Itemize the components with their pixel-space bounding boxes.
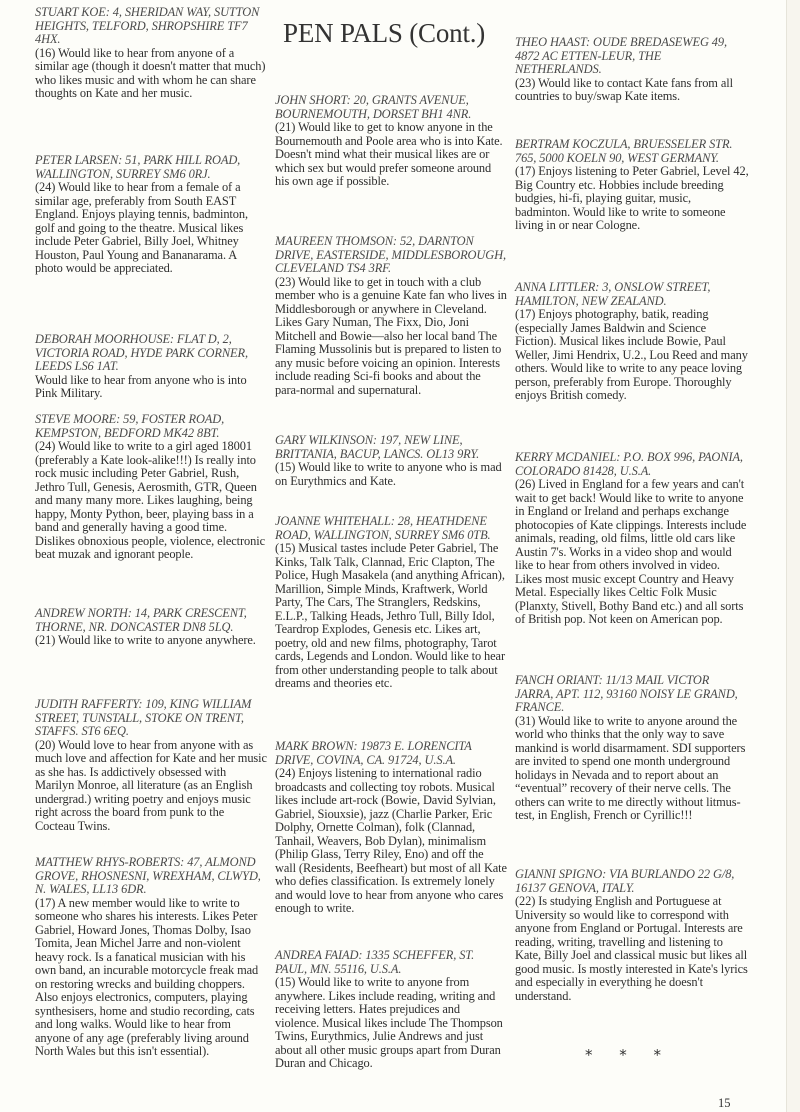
entry-description: (17) Enjoys listening to Peter Gabriel, … (515, 165, 749, 233)
pen-pal-entry: ANDREW NORTH: 14, PARK CRESCENT, THORNE,… (35, 607, 267, 648)
entry-description: (15) Would like to write to anyone from … (275, 976, 507, 1071)
entry-description: (24) Would like to write to a girl aged … (35, 440, 267, 562)
pen-pal-entry: MARK BROWN: 19873 E. LORENCITA DRIVE, CO… (275, 740, 507, 916)
entry-address: STUART KOE: 4, SHERIDAN WAY, SUTTON HEIG… (35, 6, 267, 47)
entry-address: GIANNI SPIGNO: VIA BURLANDO 22 G/8, 1613… (515, 868, 749, 895)
entry-description: (15) Would like to write to anyone who i… (275, 461, 507, 488)
entry-address: JOANNE WHITEHALL: 28, HEATHDENE ROAD, WA… (275, 515, 507, 542)
pen-pal-entry: STUART KOE: 4, SHERIDAN WAY, SUTTON HEIG… (35, 6, 267, 101)
pen-pal-entry: KERRY McDANIEL: P.O. BOX 996, PAONIA, CO… (515, 451, 749, 627)
entry-description: (16) Would like to hear from anyone of a… (35, 47, 267, 101)
pen-pal-entry: DEBORAH MOORHOUSE: FLAT D, 2, VICTORIA R… (35, 333, 267, 401)
entry-description: (22) Is studying English and Portuguese … (515, 895, 749, 1003)
page-number: 15 (718, 1096, 731, 1111)
pen-pal-entry: ANDREA FAIAD: 1335 SCHEFFER, ST. PAUL, M… (275, 949, 507, 1071)
entry-description: (20) Would love to hear from anyone with… (35, 739, 267, 834)
pen-pal-entry: STEVE MOORE: 59, FOSTER ROAD, KEMPSTON, … (35, 413, 267, 562)
entry-address: JUDITH RAFFERTY: 109, KING WILLIAM STREE… (35, 698, 267, 739)
pen-pal-entry: JUDITH RAFFERTY: 109, KING WILLIAM STREE… (35, 698, 267, 833)
entry-description: Would like to hear from anyone who is in… (35, 374, 267, 401)
entry-address: THEO HAAST: OUDE BREDASEWEG 49, 4872 AC … (515, 36, 749, 77)
entry-address: JOHN SHORT: 20, GRANTS AVENUE, BOURNEMOU… (275, 94, 507, 121)
entry-description: (21) Would like to write to anyone anywh… (35, 634, 267, 648)
pen-pal-entry: ANNA LITTLER: 3, ONSLOW STREET, HAMILTON… (515, 281, 749, 403)
entry-description: (31) Would like to write to anyone aroun… (515, 715, 749, 823)
entry-description: (17) Enjoys photography, batik, reading … (515, 308, 749, 403)
entry-address: ANDREW NORTH: 14, PARK CRESCENT, THORNE,… (35, 607, 267, 634)
pen-pal-entry: THEO HAAST: OUDE BREDASEWEG 49, 4872 AC … (515, 36, 749, 104)
entry-description: (24) Enjoys listening to international r… (275, 767, 507, 916)
entry-address: ANDREA FAIAD: 1335 SCHEFFER, ST. PAUL, M… (275, 949, 507, 976)
entry-address: KERRY McDANIEL: P.O. BOX 996, PAONIA, CO… (515, 451, 749, 478)
entry-address: STEVE MOORE: 59, FOSTER ROAD, KEMPSTON, … (35, 413, 267, 440)
page-right-margin (787, 0, 800, 1112)
entry-description: (26) Lived in England for a few years an… (515, 478, 749, 627)
entry-address: MAUREEN THOMSON: 52, DARNTON DRIVE, EAST… (275, 235, 507, 276)
entry-address: BERTRAM KOCZULA, BRUESSELER STR. 765, 50… (515, 138, 749, 165)
pen-pal-entry: JOHN SHORT: 20, GRANTS AVENUE, BOURNEMOU… (275, 94, 507, 189)
pen-pal-entry: GIANNI SPIGNO: VIA BURLANDO 22 G/8, 1613… (515, 868, 749, 1003)
entry-description: (23) Would like to contact Kate fans fro… (515, 77, 749, 104)
entry-address: GARY WILKINSON: 197, NEW LINE, BRITTANIA… (275, 434, 507, 461)
page-title: PEN PALS (Cont.) (283, 18, 485, 49)
entry-description: (21) Would like to get to know anyone in… (275, 121, 507, 189)
pen-pal-entry: MATTHEW RHYS-ROBERTS: 47, ALMOND GROVE, … (35, 856, 267, 1059)
section-separator-asterisks: * * * (585, 1046, 663, 1064)
pen-pal-entry: MAUREEN THOMSON: 52, DARNTON DRIVE, EAST… (275, 235, 507, 397)
entry-description: (23) Would like to get in touch with a c… (275, 276, 507, 398)
pen-pal-entry: BERTRAM KOCZULA, BRUESSELER STR. 765, 50… (515, 138, 749, 233)
entry-address: DEBORAH MOORHOUSE: FLAT D, 2, VICTORIA R… (35, 333, 267, 374)
pen-pal-entry: FANCH ORIANT: 11/13 MAIL VICTOR JARRA, A… (515, 674, 749, 823)
entry-address: PETER LARSEN: 51, PARK HILL ROAD, WALLIN… (35, 154, 267, 181)
entry-description: (24) Would like to hear from a female of… (35, 181, 267, 276)
pen-pal-entry: JOANNE WHITEHALL: 28, HEATHDENE ROAD, WA… (275, 515, 507, 691)
entry-address: MARK BROWN: 19873 E. LORENCITA DRIVE, CO… (275, 740, 507, 767)
entry-description: (17) A new member would like to write to… (35, 897, 267, 1059)
entry-address: ANNA LITTLER: 3, ONSLOW STREET, HAMILTON… (515, 281, 749, 308)
pen-pal-entry: PETER LARSEN: 51, PARK HILL ROAD, WALLIN… (35, 154, 267, 276)
entry-description: (15) Musical tastes include Peter Gabrie… (275, 542, 507, 691)
entry-address: MATTHEW RHYS-ROBERTS: 47, ALMOND GROVE, … (35, 856, 267, 897)
pen-pal-entry: GARY WILKINSON: 197, NEW LINE, BRITTANIA… (275, 434, 507, 488)
entry-address: FANCH ORIANT: 11/13 MAIL VICTOR JARRA, A… (515, 674, 749, 715)
